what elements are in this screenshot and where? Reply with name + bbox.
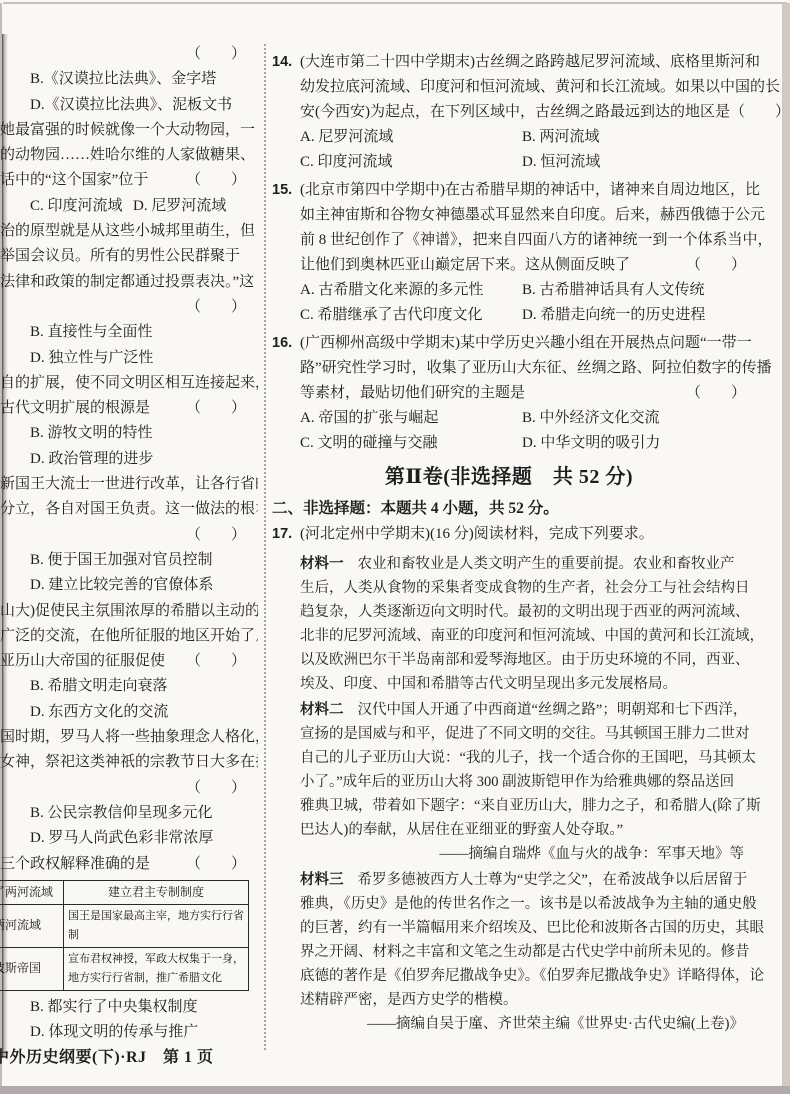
material-line: 生后，人类从食物的采集者变成食物的生产者，社会分工与社会结构日 [300, 576, 746, 600]
answer-option: D. 恒河流域 [522, 150, 600, 175]
table-row: 了两河流域建立君主专制制度 [0, 880, 249, 904]
stem-text: 等素材，最贴切他们研究的主题是 [300, 381, 525, 406]
question-stem-line: (河北定州中学期末)(16 分)阅读材料，完成下列要求。 [300, 522, 746, 547]
question-number: 16. [272, 331, 292, 356]
material-line: 雅典卫城，带着如下题字：“来自亚历山大，腓力之子，和希腊人(除了斯 [300, 794, 746, 818]
answer-option-row: C. 文明的碰撞与交融D. 中华文明的吸引力 [300, 431, 746, 456]
material-line: 界之开阔、材料之丰富和文笔之生动都是古代史学中前所未见的。修昔 [300, 940, 746, 964]
text-line: 亚历山大帝国的征服促使（ ） [0, 649, 258, 674]
answer-blank: （ ） [686, 253, 746, 278]
material-line: 底德的著作是《伯罗奔尼撒战争史》。《伯罗奔尼撒战争史》详略得体，论 [300, 964, 746, 988]
material-line: 宣扬的是国威与和平，促进了不同文明的交往。马其顿国王腓力二世对 [300, 722, 746, 746]
answer-option: D. 罗马人尚武色彩非常浓厚 [0, 826, 258, 851]
text-line: 女神，祭祀这类神祇的宗教节日大多在执 [0, 750, 258, 775]
answer-option: B.《汉谟拉比法典》、金字塔 [0, 67, 258, 92]
answer-option: B. 两河流域 [522, 125, 600, 150]
question-number: 15. [272, 178, 292, 203]
answer-option-row: C. 印度河流域D. 尼罗河流域 [0, 194, 258, 219]
material-text: 希罗多德被西方人士尊为“史学之父”，在希波战争以后居留于 [358, 872, 748, 888]
answer-option: B. 古希腊神话具有人文传统 [522, 278, 705, 303]
question-stem-line: (广西柳州高级中学期末)某中学历史兴趣小组在开展热点问题“一带一 [300, 331, 746, 356]
material-line: 以及欧洲巴尔干半岛南部和爱琴海地区。由于历史环境的不同，西亚、 [300, 648, 746, 672]
text-line: 治的原型就是从这些小城邦里萌生，但 [0, 219, 258, 244]
question-block: 15.(北京市第四中学期中)在古希腊早期的神话中，诸神来自周边地区，比如主神宙斯… [272, 178, 746, 328]
answer-option: C. 文明的碰撞与交融 [300, 431, 522, 456]
text-line: 广泛的交流，在他所征服的地区开始了几 [0, 624, 258, 649]
material-line: 埃及、印度、中国和希腊等古代文明呈现出多元发展格局。 [300, 672, 746, 696]
question-stem-line: 等素材，最贴切他们研究的主题是（ ） [300, 381, 746, 406]
answer-option: B. 游牧文明的特性 [0, 421, 258, 446]
material-line: 小了。”成年后的亚历山大将 300 副波斯铠甲作为给雅典娜的祭品送回 [300, 770, 746, 794]
text-line: 山大)促使民主氛围浓厚的希腊以主动的 [0, 599, 258, 624]
answer-option: B. 便于国王加强对官员控制 [0, 548, 258, 573]
page-edge-right [782, 3, 790, 1086]
material-line: 的巨著，约有一半篇幅用来介绍埃及、巴比伦和波斯各古国的历史，其眼 [300, 916, 746, 940]
answer-blank: （ ） [0, 295, 258, 320]
text-line: 古代文明扩展的根源是（ ） [0, 396, 258, 421]
source-attribution: ——摘编自吴于廑、齐世荣主编《世界史·古代史编(上卷)》 [300, 1012, 746, 1036]
stem-text: 三个政权解释准确的是 [0, 852, 150, 877]
answer-option: D. 政治管理的进步 [0, 447, 258, 472]
question-stem-line: 路”研究性学习时，收集了亚历山大东征、丝绸之路、阿拉伯数字的传播 [300, 356, 746, 381]
answer-option: B. 中外经济文化交流 [522, 406, 660, 431]
text-line: 她最富强的时候就像一个大动物园，一 [0, 118, 258, 143]
material-line: 材料三希罗多德被西方人士尊为“史学之父”，在希波战争以后居留于 [300, 868, 746, 892]
column-divider [264, 44, 266, 1050]
material-text: 汉代中国人开通了中西商道“丝绸之路”；明朝郑和七下西洋， [358, 702, 748, 718]
table-cell: 建立君主专制制度 [64, 880, 249, 904]
question-block: 17.(河北定州中学期末)(16 分)阅读材料，完成下列要求。 [272, 522, 746, 547]
table-cell: 波斯帝国 [0, 947, 64, 990]
answer-option: D. 希腊走向统一的历史进程 [522, 303, 705, 328]
answer-option-row: A. 古希腊文化来源的多元性B. 古希腊神话具有人文传统 [300, 278, 746, 303]
question-block: 14.(大连市第二十四中学期末)古丝绸之路跨越尼罗河流域、底格里斯河和幼发拉底河… [272, 50, 746, 175]
answer-blank: （ ） [186, 396, 246, 421]
section-instruction: 二、非选择题：本题共 4 小题，共 52 分。 [272, 496, 746, 522]
scanned-exam-page: （ ）B.《汉谟拉比法典》、金字塔D.《汉谟拉比法典》、泥板文书她最富强的时候就… [0, 0, 790, 1094]
material-label: 材料三 [300, 872, 344, 888]
material-line: 述精辟严密，是西方史学的楷模。 [300, 988, 746, 1012]
question-stem-line: 让他们到奥林匹亚山巅定居下来。这从侧面反映了（ ） [300, 253, 746, 278]
answer-option-row: C. 希腊继承了古代印度文化D. 希腊走向统一的历史进程 [300, 303, 746, 328]
material-paragraph: 材料三希罗多德被西方人士尊为“史学之父”，在希波战争以后居留于雅典，《历史》是他… [272, 866, 746, 1036]
answer-option: D. 独立性与广泛性 [0, 346, 258, 371]
table-cell: 两河流域 [0, 904, 64, 947]
answer-option: D.《汉谟拉比法典》、泥板文书 [0, 93, 258, 118]
question-stem-line: 幼发拉底河流域、印度河和恒河流域、黄河和长江流域。如果以中国的长 [300, 75, 746, 100]
material-paragraph: 材料一农业和畜牧业是人类文明产生的重要前提。农业和畜牧业产生后，人类从食物的采集… [272, 550, 746, 696]
text-line: 的动物园……姓哈尔维的人家做糖果、 [0, 143, 258, 168]
table-row: 波斯帝国宣布君权神授，军政大权集于一身，地方实行行省制，推广希腊文化 [0, 947, 249, 990]
answer-blank: （ ） [730, 100, 790, 125]
stem-text: 话中的“这个国家”位于 [0, 168, 148, 193]
material-line: 北非的尼罗河流域、南亚的印度河和恒河流域、中国的黄河和长江流域， [300, 624, 746, 648]
question-stem-line: 安(今西安)为起点，在下列区域中，古丝绸之路最远到达的地区是（ ） [300, 100, 746, 125]
answer-option: D. 体现文明的传承与推广 [0, 1020, 258, 1045]
text-line: 国时期，罗马人将一些抽象理念人格化， [0, 725, 258, 750]
stem-text: 古代文明扩展的根源是 [0, 396, 150, 421]
answer-option: B. 公民宗教信仰呈现多元化 [0, 801, 258, 826]
text-line: 自的扩展，使不同文明区相互连接起来， [0, 371, 258, 396]
stem-text: 亚历山大帝国的征服促使 [0, 649, 165, 674]
page-footer: 中外历史纲要(下)·RJ 第 1 页 [0, 1044, 214, 1067]
answer-option: B. 都实行了中央集权制度 [0, 995, 258, 1020]
answer-option: D. 尼罗河流域 [133, 194, 226, 219]
material-label: 材料二 [300, 702, 344, 718]
table-cell: 国王是国家最高主宰，地方实行行省制 [64, 904, 249, 947]
material-label: 材料一 [300, 556, 344, 572]
question-number: 14. [272, 50, 292, 75]
answer-option: C. 印度河流域 [300, 150, 522, 175]
answer-option: A. 帝国的扩张与崛起 [300, 406, 522, 431]
answer-option: C. 希腊继承了古代印度文化 [300, 303, 522, 328]
question-block: 16.(广西柳州高级中学期末)某中学历史兴趣小组在开展热点问题“一带一路”研究性… [272, 331, 746, 456]
answer-blank: （ ） [186, 649, 246, 674]
stem-text: 让他们到奥林匹亚山巅定居下来。这从侧面反映了 [300, 253, 630, 278]
source-attribution: ——摘编自瑞烨《血与火的战争：军事天地》等 [300, 842, 746, 866]
answer-option: B. 希腊文明走向衰落 [0, 674, 258, 699]
answer-option: D. 建立比较完善的官僚体系 [0, 573, 258, 598]
section-heading: 第Ⅱ卷(非选择题 共 52 分) [272, 460, 746, 494]
material-line: 自己的儿子亚历山大说：“我的儿子，找一个适合你的王国吧，马其顿太 [300, 746, 746, 770]
material-line: 材料二汉代中国人开通了中西商道“丝绸之路”；明朝郑和七下西洋， [300, 698, 746, 722]
answer-blank: （ ） [186, 852, 246, 877]
answer-option: D. 中华文明的吸引力 [522, 431, 660, 456]
question-stem-line: (大连市第二十四中学期末)古丝绸之路跨越尼罗河流域、底格里斯河和 [300, 50, 746, 75]
answer-option: C. 印度河流域 [30, 194, 133, 219]
text-line: 分立，各自对国王负责。这一做法的根本 [0, 497, 258, 522]
question-stem-line: 如主神宙斯和谷物女神德墨忒耳显然来自印度。后来，赫西俄德于公元 [300, 203, 746, 228]
material-paragraph: 材料二汉代中国人开通了中西商道“丝绸之路”；明朝郑和七下西洋，宣扬的是国威与和平… [272, 696, 746, 866]
left-column: （ ）B.《汉谟拉比法典》、金字塔D.《汉谟拉比法典》、泥板文书她最富强的时候就… [0, 42, 258, 1045]
text-line: 举国会议员。所有的男性公民群聚于 [0, 244, 258, 269]
answer-option: A. 古希腊文化来源的多元性 [300, 278, 522, 303]
answer-blank: （ ） [0, 42, 258, 67]
material-line: 巴达人)的奉献，从居住在亚细亚的野蛮人处夺取。” [300, 818, 746, 842]
question-number: 17. [272, 522, 292, 547]
answer-option-row: A. 帝国的扩张与崛起B. 中外经济文化交流 [300, 406, 746, 431]
material-line: 雅典，《历史》是他的传世名作之一。该书是以希波战争为主轴的通史般 [300, 892, 746, 916]
text-line: 三个政权解释准确的是（ ） [0, 852, 258, 877]
answer-option: B. 直接性与全面性 [0, 320, 258, 345]
answer-blank: （ ） [0, 523, 258, 548]
material-text: 农业和畜牧业是人类文明产生的重要前提。农业和畜牧业产 [358, 556, 735, 572]
question-stem-line: (北京市第四中学期中)在古希腊早期的神话中，诸神来自周边地区，比 [300, 178, 746, 203]
page-edge-top [3, 2, 787, 4]
question-stem-line: 前 8 世纪创作了《神谱》，把来自四面八方的诸神统一到一个体系当中， [300, 228, 746, 253]
page-edge-bottom [0, 1086, 790, 1094]
right-column: 14.(大连市第二十四中学期末)古丝绸之路跨越尼罗河流域、底格里斯河和幼发拉底河… [272, 50, 746, 1036]
text-line: 话中的“这个国家”位于（ ） [0, 168, 258, 193]
answer-option-row: C. 印度河流域D. 恒河流域 [300, 150, 746, 175]
table-cell: 了两河流域 [0, 880, 64, 904]
table-cell: 宣布君权神授，军政大权集于一身，地方实行行省制，推广希腊文化 [64, 947, 249, 990]
text-line: 新国王大流士一世进行改革，让各行省的 [0, 472, 258, 497]
material-line: 趋复杂，人类逐渐迈向文明时代。最初的文明出现于西亚的两河流域、 [300, 600, 746, 624]
answer-option-row: A. 尼罗河流域B. 两河流域 [300, 125, 746, 150]
answer-option: A. 尼罗河流域 [300, 125, 522, 150]
table-row: 两河流域国王是国家最高主宰，地方实行行省制 [0, 904, 249, 947]
answer-blank: （ ） [686, 381, 746, 406]
answer-blank: （ ） [186, 168, 246, 193]
material-line: 材料一农业和畜牧业是人类文明产生的重要前提。农业和畜牧业产 [300, 552, 746, 576]
comparison-table: 了两河流域建立君主专制制度两河流域国王是国家最高主宰，地方实行行省制波斯帝国宣布… [0, 880, 249, 991]
text-line: 法律和政策的制定都通过投票表决。”这 [0, 270, 258, 295]
stem-text: 安(今西安)为起点，在下列区域中，古丝绸之路最远到达的地区是 [300, 100, 730, 125]
answer-option: D. 东西方文化的交流 [0, 700, 258, 725]
answer-blank: （ ） [0, 776, 258, 801]
